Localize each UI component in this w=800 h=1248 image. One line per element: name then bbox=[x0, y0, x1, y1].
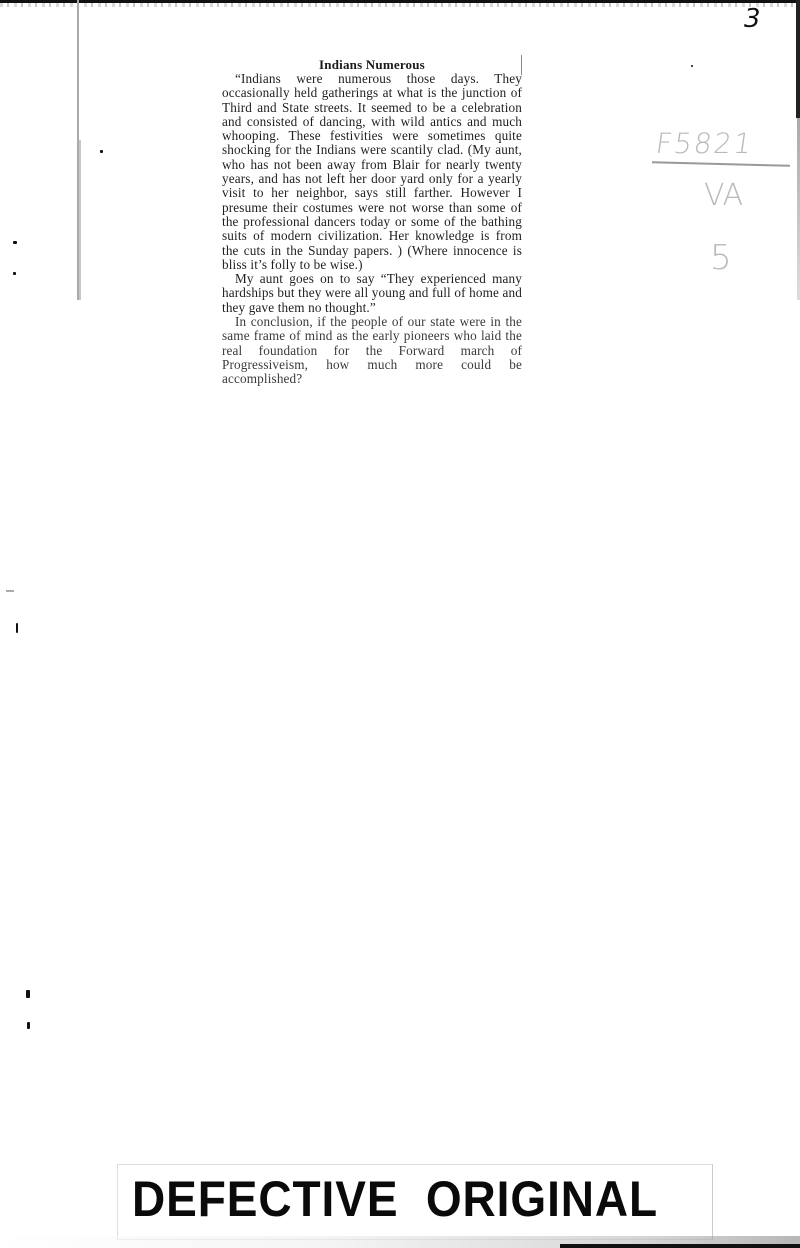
handwritten-code: F5821 bbox=[654, 127, 756, 160]
defective-original-stamp: DEFECTIVE ORIGINAL bbox=[132, 1170, 658, 1228]
page-fold-line bbox=[79, 140, 81, 300]
handwritten-note: 5 bbox=[710, 238, 732, 278]
article-paragraph: “Indians were numerous those days. They … bbox=[222, 72, 522, 272]
article-heading: Indians Numerous bbox=[222, 58, 522, 72]
handwritten-underline bbox=[652, 161, 790, 167]
scan-noise bbox=[0, 3, 800, 7]
article-paragraph: My aunt goes on to say “They experienced… bbox=[222, 272, 522, 315]
scan-speck bbox=[27, 1022, 30, 1029]
newspaper-clipping: Indians Numerous “Indians were numerous … bbox=[222, 58, 522, 387]
scan-speck bbox=[16, 623, 18, 633]
scan-speck bbox=[26, 990, 30, 998]
scan-speck bbox=[13, 241, 17, 244]
article-paragraph: In conclusion, if the people of our stat… bbox=[222, 315, 522, 386]
handwritten-note: VA bbox=[704, 178, 743, 213]
scan-right-edge bbox=[796, 0, 800, 118]
scan-speck bbox=[13, 272, 16, 275]
scan-speck bbox=[100, 150, 103, 153]
scan-bottom-edge bbox=[560, 1244, 800, 1248]
scan-speck bbox=[6, 590, 14, 592]
scan-speck bbox=[691, 65, 693, 67]
page-number: 3 bbox=[744, 4, 761, 34]
